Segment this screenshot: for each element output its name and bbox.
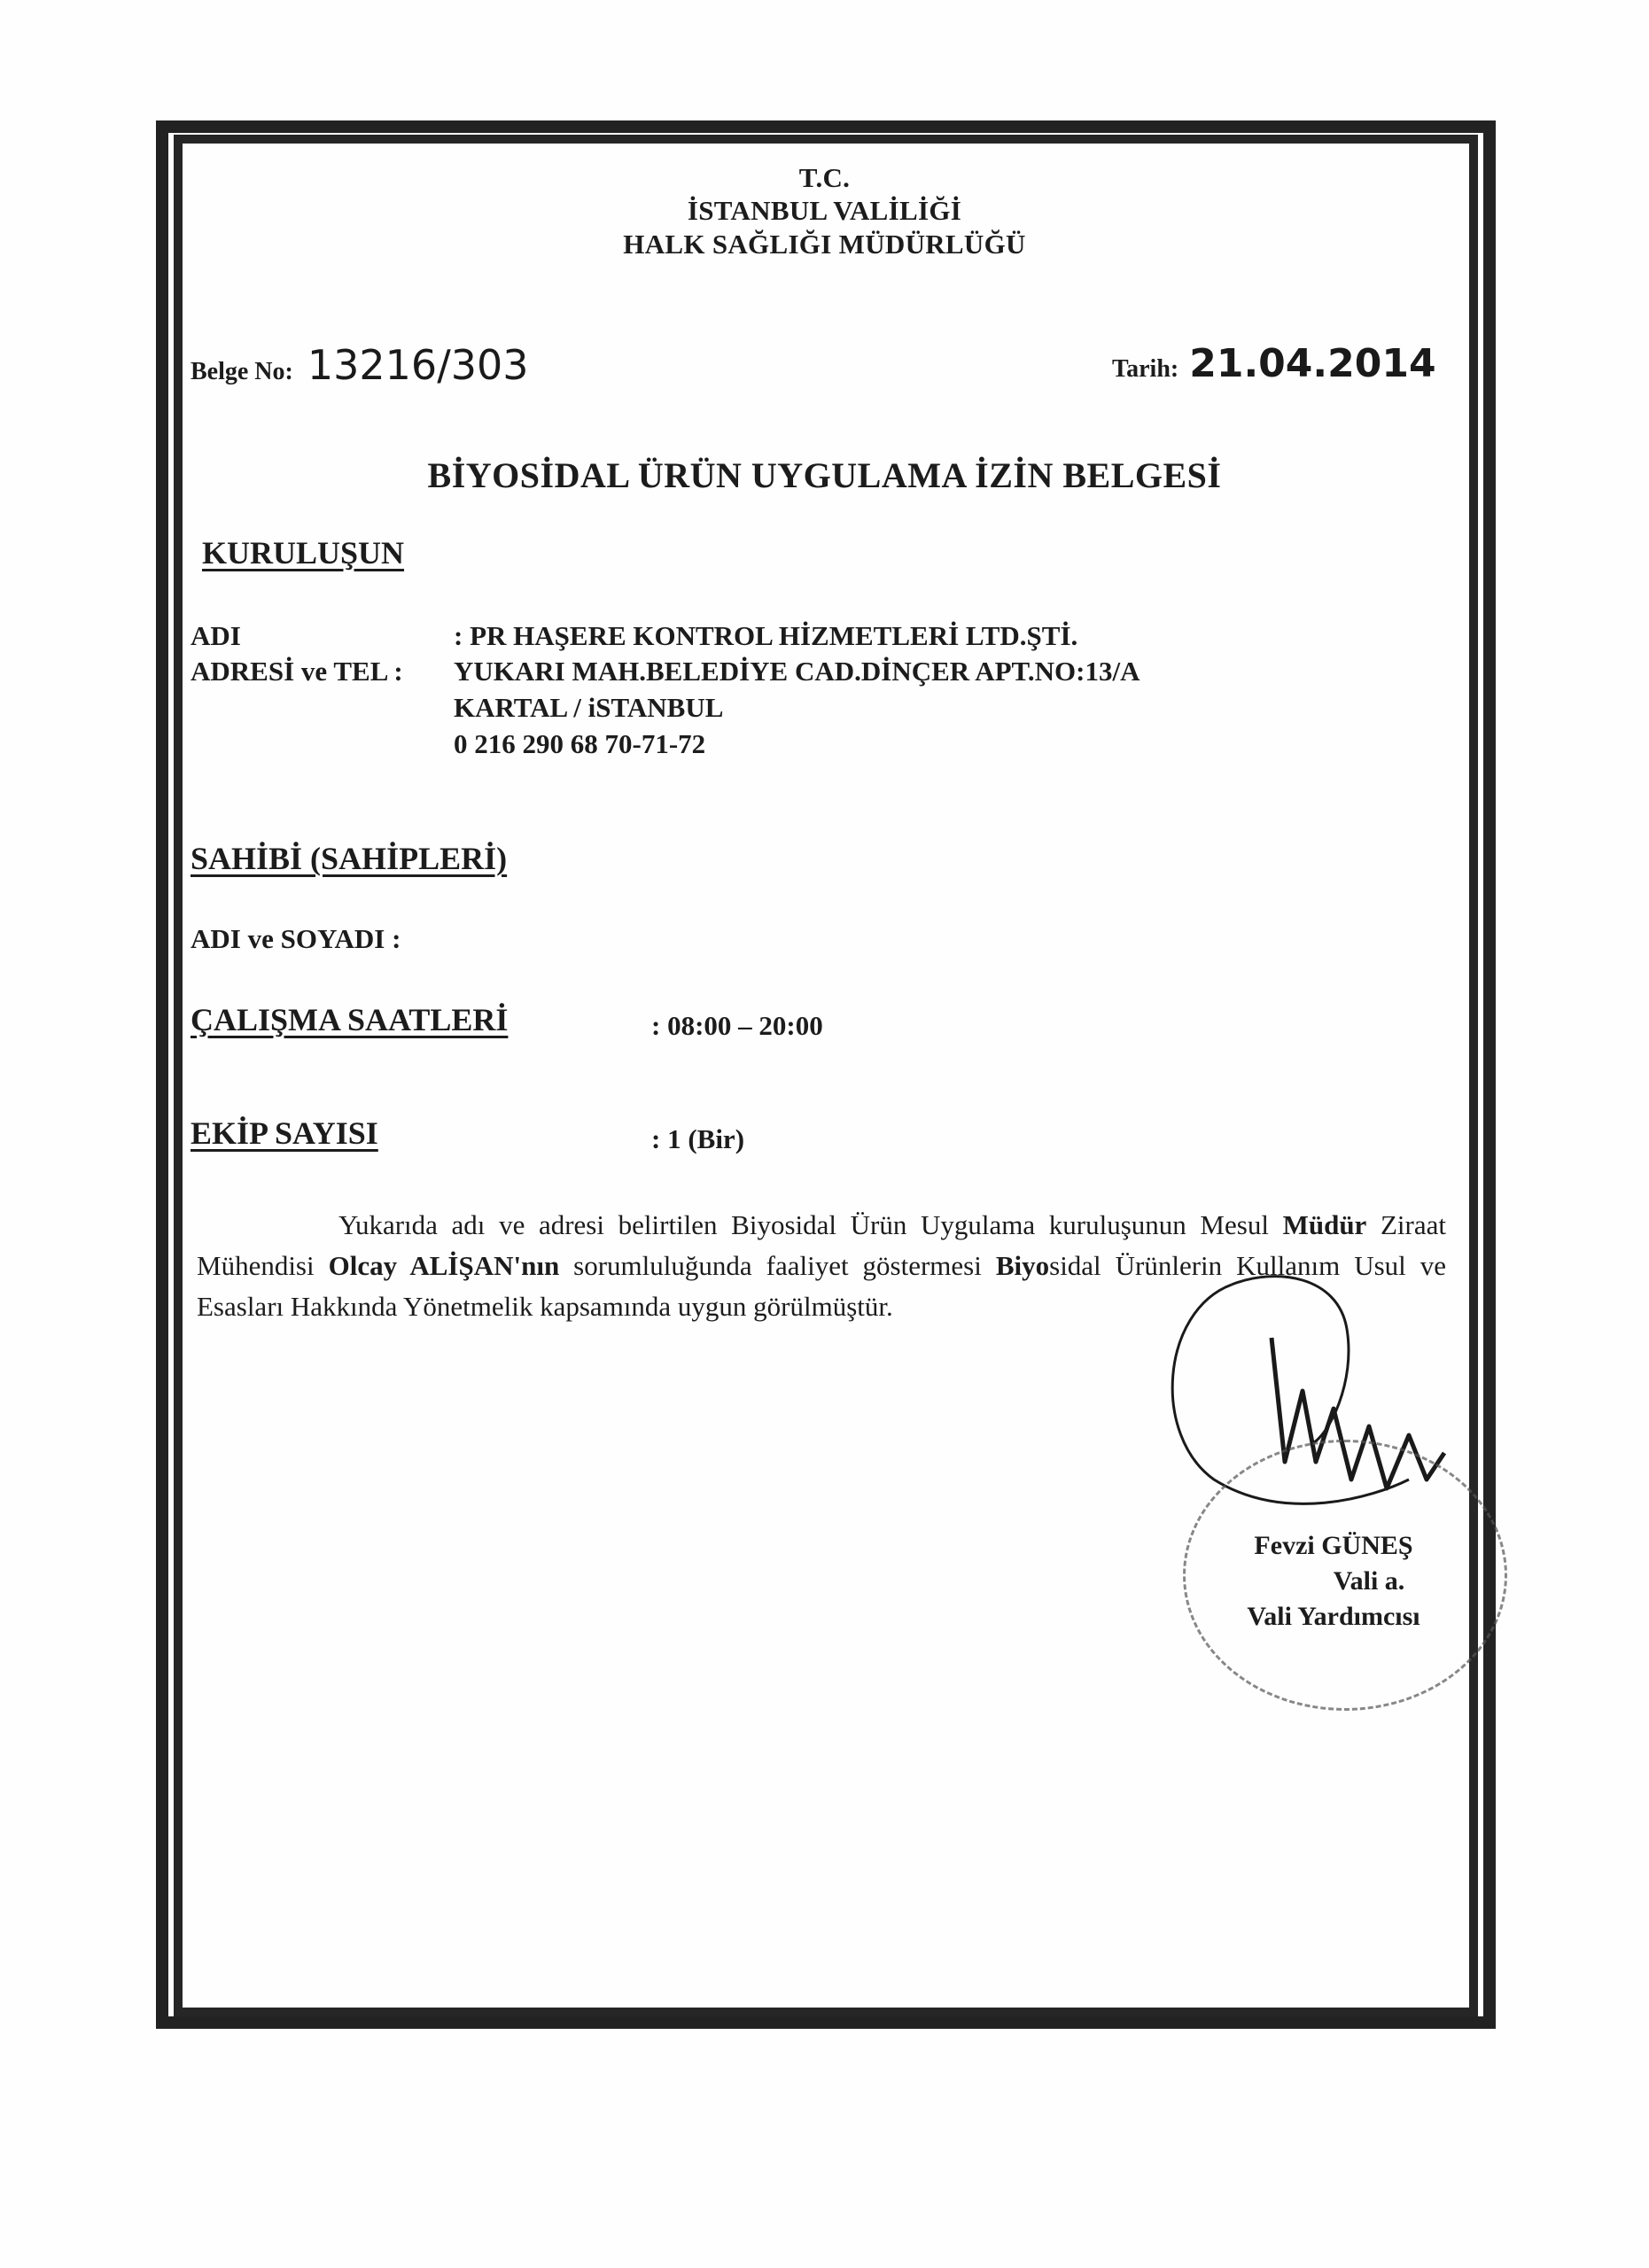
signatory-name: Fevzi GÜNEŞ xyxy=(1187,1528,1480,1564)
section-organization: KURULUŞUN xyxy=(202,534,404,571)
document-number-value: 13216/303 xyxy=(307,341,529,389)
section-team-count: EKİP SAYISI xyxy=(191,1115,378,1152)
date-label: Tarih: xyxy=(1112,355,1178,383)
header-tc: T.C. xyxy=(0,162,1649,194)
document-number: Belge No: 13216/303 xyxy=(191,341,529,389)
org-address-line1: YUKARI MAH.BELEDİYE CAD.DİNÇER APT.NO:13… xyxy=(454,656,1140,687)
org-address-label: ADRESİ ve TEL : xyxy=(191,656,403,687)
org-name-value: : PR HAŞERE KONTROL HİZMETLERİ LTD.ŞTİ. xyxy=(454,620,1077,652)
date-value: 21.04.2014 xyxy=(1189,341,1435,386)
owner-name-label: ADI ve SOYADI : xyxy=(191,923,401,955)
working-hours-value: : 08:00 – 20:00 xyxy=(651,1010,823,1042)
section-working-hours: ÇALIŞMA SAATLERİ xyxy=(191,1001,508,1038)
document-title: BİYOSİDAL ÜRÜN UYGULAMA İZİN BELGESİ xyxy=(0,454,1649,496)
org-phone: 0 216 290 68 70-71-72 xyxy=(454,728,705,760)
signatory-block: Fevzi GÜNEŞ Vali a. Vali Yardımcısı xyxy=(1187,1528,1480,1635)
org-address-line2: KARTAL / iSTANBUL xyxy=(454,692,723,724)
team-count-value: : 1 (Bir) xyxy=(651,1123,744,1155)
document-number-label: Belge No: xyxy=(191,358,293,385)
responsible-manager-name: Olcay ALİŞAN'nın xyxy=(329,1250,560,1281)
header-governorship: İSTANBUL VALİLİĞİ xyxy=(0,195,1649,227)
org-name-label: ADI xyxy=(191,620,241,652)
inner-border xyxy=(174,135,1478,2016)
signatory-on-behalf: Vali a. xyxy=(1187,1564,1480,1599)
signatory-title: Vali Yardımcısı xyxy=(1187,1599,1480,1635)
header-directorate: HALK SAĞLIĞI MÜDÜRLÜĞÜ xyxy=(0,229,1649,260)
section-owners: SAHİBİ (SAHİPLERİ) xyxy=(191,840,507,877)
document-date: Tarih: 21.04.2014 xyxy=(1112,341,1436,386)
